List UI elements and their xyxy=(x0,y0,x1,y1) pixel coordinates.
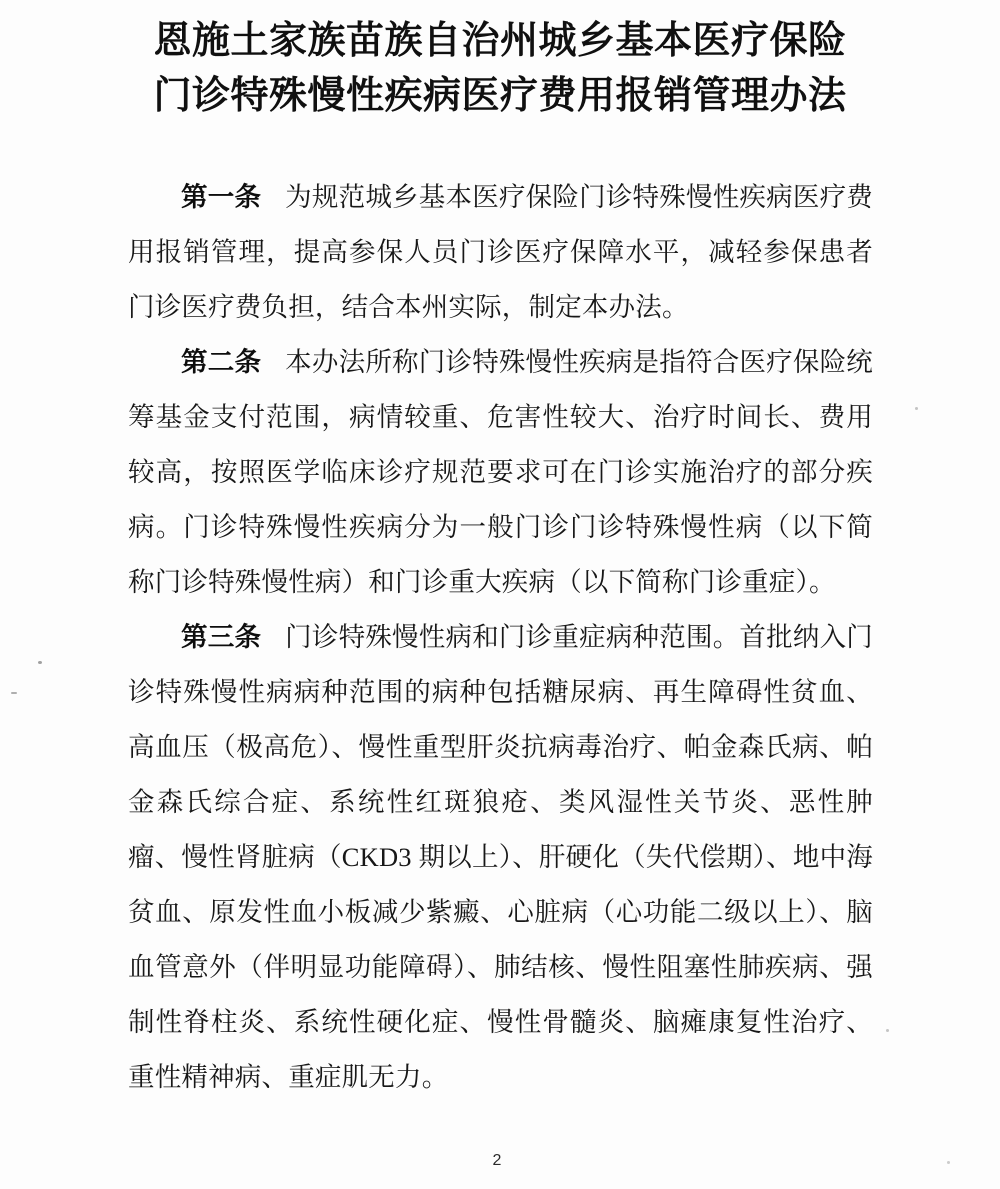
document-body: 第一条为规范城乡基本医疗保险门诊特殊慢性疾病医疗费用报销管理，提高参保人员门诊医… xyxy=(128,170,873,1105)
article-3-label: 第三条 xyxy=(181,622,261,652)
article-2-label: 第二条 xyxy=(181,347,261,377)
article-1-paragraph: 第一条为规范城乡基本医疗保险门诊特殊慢性疾病医疗费用报销管理，提高参保人员门诊医… xyxy=(128,170,873,335)
title-line-2: 门诊特殊慢性疾病医疗费用报销管理办法 xyxy=(0,69,1000,124)
scan-speck xyxy=(886,1029,889,1032)
scan-speck xyxy=(947,1161,950,1164)
article-2-paragraph: 第二条本办法所称门诊特殊慢性疾病是指符合医疗保险统筹基金支付范围，病情较重、危害… xyxy=(128,335,873,610)
scan-speck xyxy=(915,407,918,410)
title-line-1: 恩施土家族苗族自治州城乡基本医疗保险 xyxy=(0,14,1000,69)
article-3-paragraph: 第三条门诊特殊慢性病和门诊重症病种范围。首批纳入门诊特殊慢性病病种范围的病种包括… xyxy=(128,610,873,1105)
scanned-document-page: 恩施土家族苗族自治州城乡基本医疗保险 门诊特殊慢性疾病医疗费用报销管理办法 第一… xyxy=(0,0,1000,1189)
article-3-text: 门诊特殊慢性病和门诊重症病种范围。首批纳入门诊特殊慢性病病种范围的病种包括糖尿病… xyxy=(128,622,873,1092)
scan-speck xyxy=(38,661,42,664)
article-1-label: 第一条 xyxy=(181,182,261,212)
page-number: 2 xyxy=(0,1152,994,1170)
scan-speck xyxy=(11,692,17,694)
document-title: 恩施土家族苗族自治州城乡基本医疗保险 门诊特殊慢性疾病医疗费用报销管理办法 xyxy=(0,14,1000,124)
article-2-text: 本办法所称门诊特殊慢性疾病是指符合医疗保险统筹基金支付范围，病情较重、危害性较大… xyxy=(128,347,873,597)
